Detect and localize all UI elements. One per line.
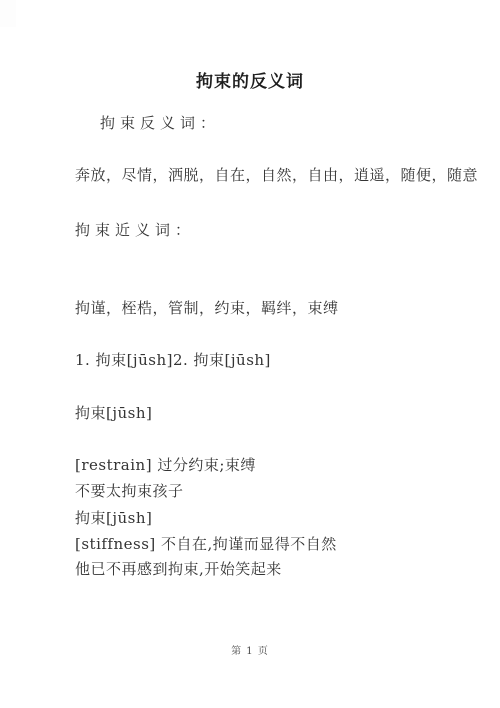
antonym-list-line: 奔放，尽情，洒脱，自在，自然，自由，逍遥，随便，随意 [75,167,445,183]
entry1-headword-line: 拘束[jūsh] [75,405,445,421]
entry2-definition-line: [stiffness] 不自在,拘谨而显得不自然 [75,536,445,552]
entry1-definition-line: [restrain] 过分约束;束缚 [75,457,445,473]
corner-artifact [0,0,16,27]
entry1-example-line: 不要太拘束孩子 [75,483,445,499]
page-title: 拘束的反义词 [0,70,500,94]
numbered-pronunciation-line: 1. 拘束[jūsh]2. 拘束[jūsh] [75,352,445,368]
entry2-headword-line: 拘束[jūsh] [75,510,445,526]
entry2-example-line: 他已不再感到拘束,开始笑起来 [75,561,445,577]
document-page: 拘束的反义词 拘束反义词： 奔放，尽情，洒脱，自在，自然，自由，逍遥，随便，随意… [0,0,500,708]
antonym-label-line: 拘束反义词： [100,115,445,131]
synonym-label-line: 拘束近义词： [75,222,445,238]
page-number: 第 1 页 [0,646,500,658]
synonym-list-line: 拘谨，桎梏，管制，约束，羁绊，束缚 [75,300,445,316]
